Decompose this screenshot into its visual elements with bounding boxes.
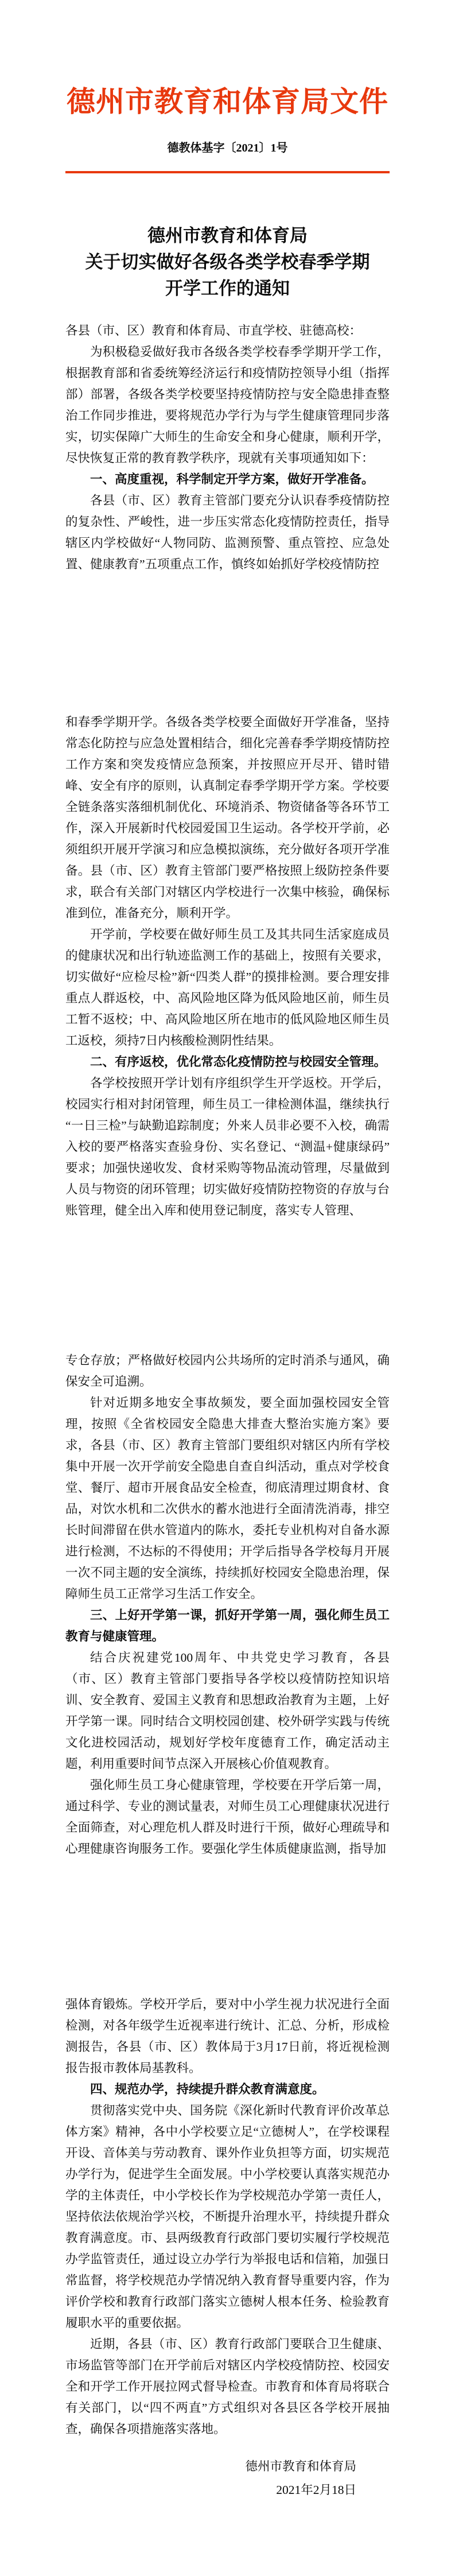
page-1: 德州市教育和体育局文件 德教体基字〔2021〕1号 德州市教育和体育局 关于切实… [65, 0, 390, 575]
red-divider-line [65, 171, 390, 173]
paragraph-1a: 各县（市、区）教育主管部门要充分认识春季疫情防控的复杂性、严峻性，进一步压实常态… [65, 490, 390, 575]
salutation: 各县（市、区）教育和体育局、市直学校、驻德高校： [65, 320, 390, 342]
issuing-authority-signature: 德州市教育和体育局 [65, 2456, 390, 2477]
issue-date: 2021年2月18日 [65, 2480, 390, 2501]
page-3: 专仓存放；严格做好校园内公共场所的定时消杀与通风，确保安全可追溯。 针对近期多地… [65, 1350, 390, 1860]
paragraph-3a: 各学校按照开学计划有序组织学生开学返校。开学后，校园实行相对封闭管理，师生员工一… [65, 1073, 390, 1221]
page-4: 强体育锻炼。学校开学后，要对中小学生视力状况进行全面检测，对各年级学生近视率进行… [65, 1994, 390, 2501]
paragraph-intro: 为积极稳妥做好我市各级各类学校春季学期开学工作，根据教育部和省委统筹经济运行和疫… [65, 342, 390, 469]
scanned-official-document: 德州市教育和体育局文件 德教体基字〔2021〕1号 德州市教育和体育局 关于切实… [0, 0, 455, 2576]
paragraph-1b-continuation: 和春季学期开学。各级各类学校要全面做好开学准备，坚持常态化防控与应急处置相结合，… [65, 712, 390, 924]
notice-title-line-2: 关于切实做好各级各类学校春季学期 [65, 249, 390, 276]
section-heading-4: 四、规范办学，持续提升群众教育满意度。 [65, 2079, 390, 2100]
paragraph-8: 近期，各县（市、区）教育行政部门要联合卫生健康、市场监管等部门在开学前后对辖区内… [65, 2334, 390, 2440]
notice-title-line-3: 开学工作的通知 [65, 276, 390, 302]
notice-title: 德州市教育和体育局 关于切实做好各级各类学校春季学期 开学工作的通知 [65, 223, 390, 302]
section-heading-3: 三、上好开学第一课，抓好开学第一周，强化师生员工教育与健康管理。 [65, 1605, 390, 1647]
document-header-title: 德州市教育和体育局文件 [65, 84, 390, 119]
document-number: 德教体基字〔2021〕1号 [65, 140, 390, 156]
paragraph-4: 针对近期多地安全事故频发，要全面加强校园安全管理，按照《全省校园安全隐患大排查大… [65, 1392, 390, 1605]
notice-title-line-1: 德州市教育和体育局 [65, 223, 390, 249]
paragraph-3b-continuation: 专仓存放；严格做好校园内公共场所的定时消杀与通风，确保安全可追溯。 [65, 1350, 390, 1392]
paragraph-7: 贯彻落实党中央、国务院《深化新时代教育评价改革总体方案》精神，各中小学校要立足“… [65, 2100, 390, 2334]
paragraph-6a: 强化师生员工身心健康管理，学校要在开学后第一周，通过科学、专业的测试量表，对师生… [65, 1775, 390, 1860]
paragraph-2: 开学前，学校要在做好师生员工及其共同生活家庭成员的健康状况和出行轨迹监测工作的基… [65, 924, 390, 1052]
page-2: 和春季学期开学。各级各类学校要全面做好开学准备，坚持常态化防控与应急处置相结合，… [65, 712, 390, 1221]
section-heading-2: 二、有序返校，优化常态化疫情防控与校园安全管理。 [65, 1052, 390, 1073]
page-1-body: 各县（市、区）教育和体育局、市直学校、驻德高校： 为积极稳妥做好我市各级各类学校… [65, 320, 390, 575]
section-heading-1: 一、高度重视，科学制定开学方案，做好开学准备。 [65, 469, 390, 490]
paragraph-6b-continuation: 强体育锻炼。学校开学后，要对中小学生视力状况进行全面检测，对各年级学生近视率进行… [65, 1994, 390, 2079]
paragraph-5: 结合庆祝建党100周年、中共党史学习教育，各县（市、区）教育主管部门要指导各学校… [65, 1647, 390, 1775]
